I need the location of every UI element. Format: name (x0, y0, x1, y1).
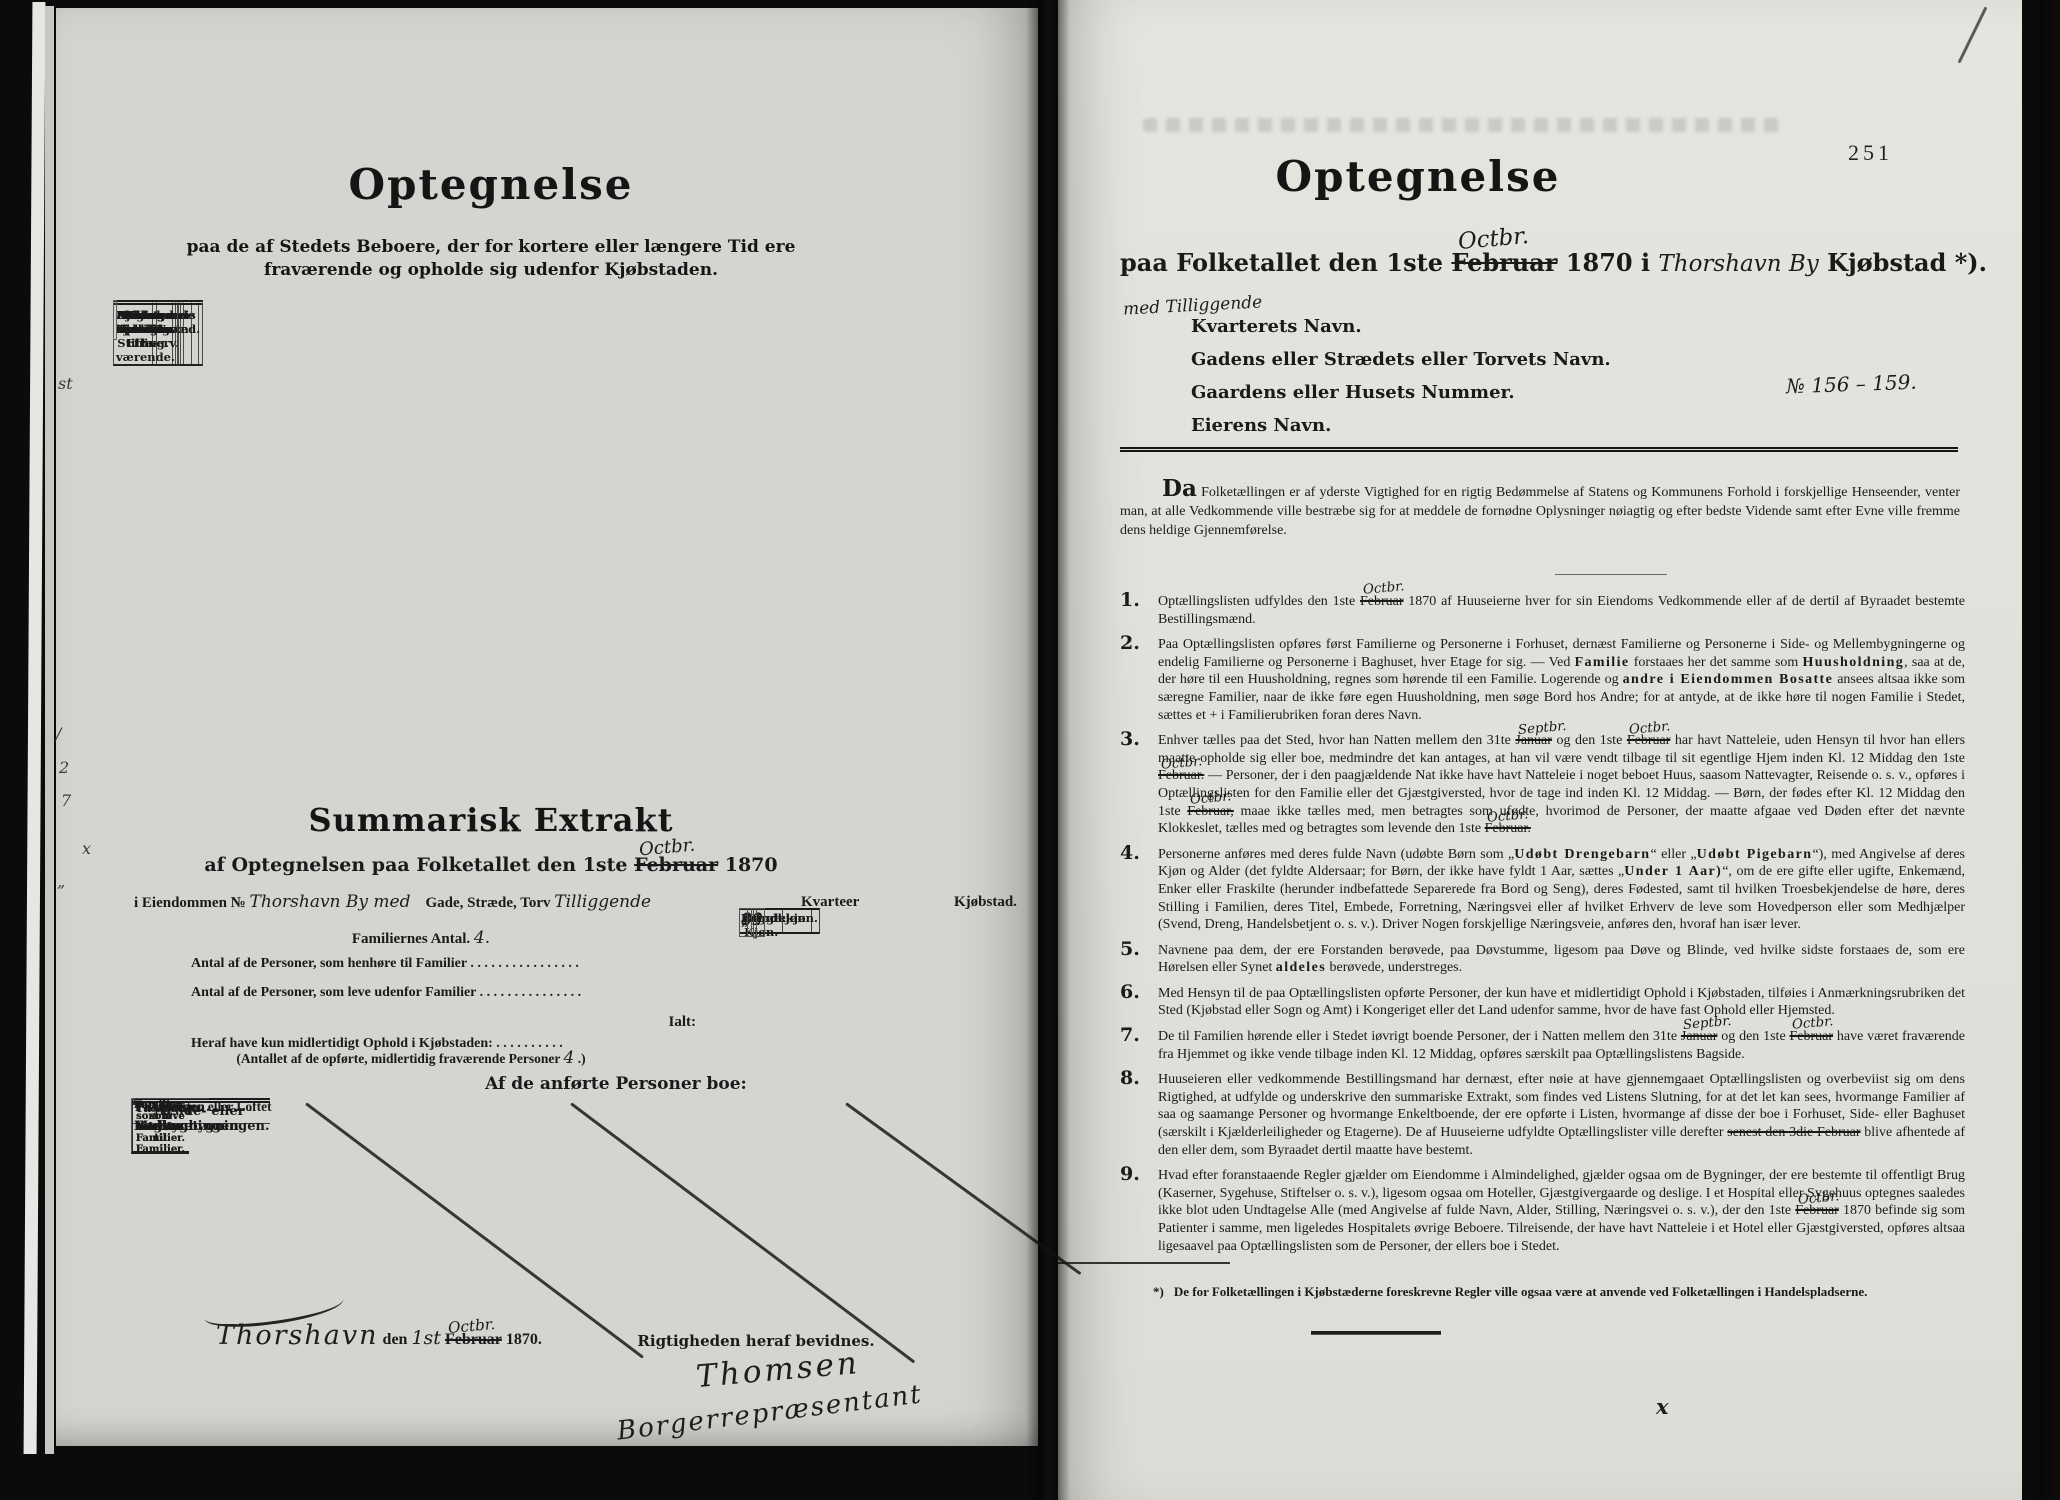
item-text: Enhver tælles paa det Sted, hvor han Nat… (1158, 733, 1965, 836)
count-line-in-families: Antal af de Personer, som henhøre til Fa… (191, 956, 771, 972)
item-text: Paa Optællingslisten opføres først Famil… (1158, 637, 1965, 722)
item-text: Huuseieren eller vedkommende Bestillings… (1158, 1072, 1965, 1157)
form-label-gade: Gadens eller Strædets eller Torvets Navn… (1191, 349, 1611, 370)
bottom-rule (1311, 1331, 1441, 1335)
signature-title: Borgerrepræsentant (615, 1379, 924, 1446)
form-label-eier: Eierens Navn. (1191, 415, 1331, 436)
item-number: 5. (1120, 941, 1140, 959)
instruction-item: 2.Paa Optællingslisten opføres først Fam… (1120, 636, 1965, 724)
date-printed: den (379, 1331, 412, 1348)
right-page-title: Optegnelse (1138, 152, 1698, 201)
instruction-item: 8.Huuseieren eller vedkommende Bestillin… (1120, 1071, 1965, 1159)
footnote-marker: *) (1153, 1284, 1164, 1299)
instruction-item: 3.Enhver tælles paa det Sted, hvor han N… (1120, 732, 1965, 838)
margin-mark: 2 (59, 758, 69, 777)
instruction-item: 7.De til Familien hørende eller i Stedet… (1120, 1028, 1965, 1063)
item-text: Navnene paa dem, der ere Forstanden berø… (1158, 943, 1965, 976)
form-label-kvarter: Kvarterets Navn. (1191, 316, 1362, 337)
item-number: 9. (1120, 1166, 1140, 1184)
ink-bleed-through (1143, 118, 1783, 132)
form-label-husnummer: Gaardens eller Husets Nummer. (1191, 382, 1515, 403)
book-gutter (1026, 0, 1070, 1500)
margin-mark: st (58, 374, 73, 393)
page-edge-sliver (45, 6, 54, 1454)
item-number: 1. (1120, 592, 1140, 610)
instruction-item: 6.Med Hensyn til de paa Optællingslisten… (1120, 985, 1965, 1020)
book-right-edge (2026, 0, 2060, 1500)
year-printed: 1870. (502, 1331, 542, 1348)
extract-subtitle: af Optegnelsen paa Folketallet den 1ste … (141, 854, 841, 876)
item-text: Med Hensyn til de paa Optællingslisten o… (1158, 986, 1965, 1019)
instruction-item: 9.Hvad efter foranstaaende Regler gjælde… (1120, 1167, 1965, 1255)
item-text: De til Familien hørende eller i Stedet i… (1158, 1029, 1965, 1062)
footnote-rule (1058, 1262, 1230, 1264)
item-number: 3. (1120, 731, 1140, 749)
item-number: 7. (1120, 1027, 1140, 1045)
footnote: *)De for Folketællingen i Kjøbstæderne f… (1153, 1284, 1923, 1300)
instructions-list: 1.Optællingslisten udfyldes den 1ste Feb… (1120, 593, 1965, 1263)
intro-paragraph: Da Folketællingen er af yderste Vigtighe… (1120, 479, 1960, 540)
left-page: Optegnelse paa de af Stedets Beboere, de… (56, 8, 1038, 1446)
handwritten-house-numbers: № 156 – 159. (1786, 370, 1917, 399)
section-divider (1555, 574, 1667, 575)
kjobstad-label: Kjøbstad. (954, 894, 1017, 911)
page-edge-sliver (24, 2, 46, 1454)
margin-mark: x (82, 839, 91, 858)
property-line: i Eiendommen № Thorshavn By med Gade, St… (134, 892, 774, 912)
footnote-text: De for Folketællingen i Kjøbstæderne for… (1174, 1284, 1868, 1299)
right-page-subtitle: paa Folketallet den 1ste FebruarOctbr. 1… (1120, 248, 1980, 277)
dwelling-table-title: Af de anførte Personer boe: (406, 1074, 826, 1094)
total-label: Ialt: (596, 1014, 696, 1031)
item-number: 2. (1120, 635, 1140, 653)
instruction-item: 4.Personerne anføres med deres fulde Nav… (1120, 846, 1965, 934)
right-page: 251 Optegnelse paa Folketallet den 1ste … (1058, 0, 2022, 1500)
page-number: 251 (1848, 140, 1893, 166)
month-correction: FebruarOctbr. (445, 1331, 502, 1349)
left-page-title: Optegnelse (116, 160, 866, 209)
signature: Thomsen (695, 1345, 861, 1395)
item-number: 6. (1120, 984, 1140, 1002)
value-both-temporary: . (739, 908, 748, 937)
families-count-line: Familiernes Antal. 4. (221, 928, 621, 948)
left-page-subtitle: paa de af Stedets Beboere, der for korte… (186, 236, 796, 282)
margin-mark: „ (57, 872, 65, 891)
item-text: Optællingslisten udfyldes den 1ste Febru… (1158, 594, 1965, 627)
intro-text: Folketællingen er af yderste Vigtighed f… (1120, 485, 1960, 538)
instruction-item: 1.Optællingslisten udfyldes den 1ste Feb… (1120, 593, 1965, 628)
day-handwriting: 1st (411, 1327, 440, 1349)
col-header-fravaerende: Hvor længe fra-værende. (113, 300, 178, 366)
intro-initial: Da (1162, 475, 1197, 502)
instruction-item: 5.Navnene paa dem, der ere Forstanden be… (1120, 942, 1965, 977)
item-number: 4. (1120, 845, 1140, 863)
absent-persons-note: (Antallet af de opførte, midlertidig fra… (171, 1048, 651, 1068)
divider-rule (1120, 447, 1958, 452)
item-text: Hvad efter foranstaaende Regler gjælder … (1158, 1168, 1965, 1253)
pen-stroke (1958, 6, 1988, 63)
margin-mark: / (56, 724, 61, 743)
extract-title: Summarisk Extrakt (141, 801, 841, 839)
item-text: Personerne anføres med deres fulde Navn … (1158, 847, 1965, 932)
handwritten-x-mark: x (1656, 1394, 1669, 1419)
count-line-outside-families: Antal af de Personer, som leve udenfor F… (191, 985, 771, 1001)
margin-mark: 7 (61, 791, 71, 810)
row-label-tilsammen: Tilsammen (131, 1098, 209, 1117)
item-number: 8. (1120, 1070, 1140, 1088)
book-scan: Optegnelse paa de af Stedets Beboere, de… (0, 0, 2060, 1500)
